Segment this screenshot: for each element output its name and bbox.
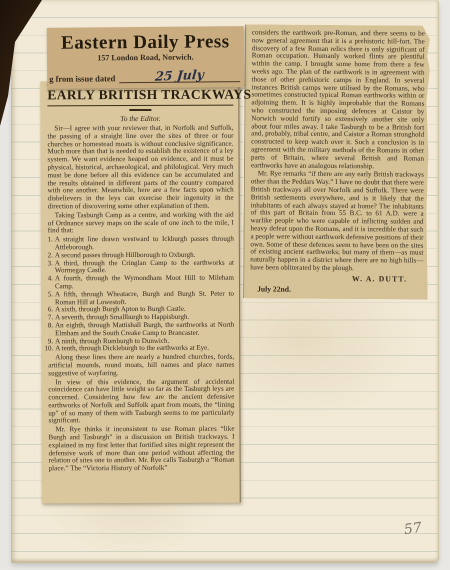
article-left-column-clipping: EARLY BRITISH TRACKWAYS To the Editor. S…: [40, 81, 240, 504]
newspaper-title: Eastern Daily Press: [47, 32, 244, 53]
paragraph: Taking Tasburgh Camp as a centre, and wo…: [48, 211, 234, 235]
trackway-list-item: 1. A straight line drawn westward to Ick…: [48, 236, 234, 252]
trackway-list-item: 8. An eighth, through Mattishall Burgh, …: [48, 322, 234, 338]
list-number: 1.: [43, 236, 55, 252]
paragraph: Along these lines there are nearly a hun…: [48, 354, 234, 378]
dated-label: g from issue dated: [49, 73, 115, 84]
list-number: 5.: [43, 291, 55, 307]
closing-paragraphs: Along these lines there are nearly a hun…: [48, 354, 234, 474]
signature: W. A. DUTT.: [250, 273, 423, 283]
list-number: 8.: [43, 322, 55, 338]
list-text: A fourth, through the Wymondham Moot Hil…: [55, 275, 234, 291]
paragraph: In view of this evidence, the argument o…: [48, 378, 234, 425]
handwritten-date: 25 July: [155, 67, 205, 84]
salutation: To the Editor.: [47, 114, 233, 124]
list-number: 3.: [43, 260, 55, 276]
right-paragraphs: considers the earthwork pre-Roman, and t…: [250, 29, 425, 273]
list-text: A straight line drawn westward to Ickbur…: [55, 236, 234, 252]
paragraph: Mr. Rye remarks “if there are any early …: [250, 171, 424, 274]
letter-date: July 22nd.: [250, 284, 423, 294]
newspaper-masthead-clipping: Eastern Daily Press 157 London Road, Nor…: [47, 26, 245, 89]
album-page: Eastern Daily Press 157 London Road, Nor…: [11, 0, 439, 563]
trackway-list-item: 5. A fifth, through Wheatacre, Burgh and…: [48, 290, 234, 306]
intro-paragraphs: Sir—I agree with your reviewer that, in …: [47, 125, 233, 236]
paragraph: Mr. Rye thinks it inconsistent to use Ro…: [48, 426, 234, 473]
paragraph: considers the earthwork pre-Roman, and t…: [251, 29, 425, 171]
dated-row: g from issue dated 25 July: [47, 67, 244, 84]
page-number: 57: [403, 520, 423, 538]
article-headline: EARLY BRITISH TRACKWAYS: [47, 87, 233, 104]
article-right-column-clipping: considers the earthwork pre-Roman, and t…: [243, 24, 430, 299]
trackway-list: 1. A straight line drawn westward to Ick…: [48, 236, 234, 354]
trackway-list-item: 4. A fourth, through the Wymondham Moot …: [48, 275, 234, 291]
list-number: 10.: [43, 346, 55, 354]
list-number: 4.: [43, 275, 55, 291]
dated-underline: 25 July: [119, 67, 240, 83]
scanned-scrapbook-page: Eastern Daily Press 157 London Road, Nor…: [0, 0, 450, 570]
list-text: A fifth, through Wheatacre, Burgh and Bu…: [55, 290, 234, 306]
paragraph: Sir—I agree with your reviewer that, in …: [47, 125, 233, 211]
list-text: An eighth, through Mattishall Burgh, the…: [55, 322, 234, 338]
headline-divider: [129, 109, 151, 111]
newspaper-address: 157 London Road, Norwich.: [47, 52, 244, 63]
